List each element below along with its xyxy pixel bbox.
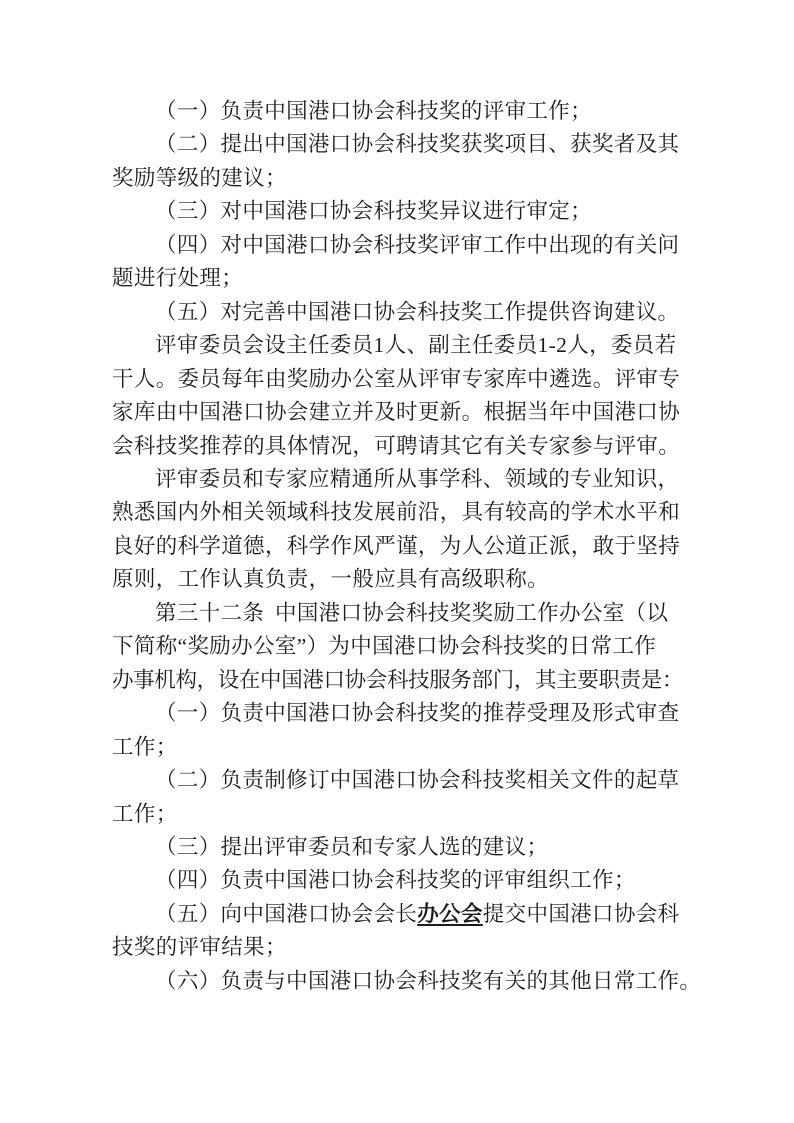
document-body: （一）负责中国港口协会科技奖的评审工作； （二）提出中国港口协会科技奖获奖项目、… — [112, 95, 684, 998]
text-line: 奖励等级的建议； — [112, 162, 684, 195]
text-line: 家库由中国港口协会建立并及时更新。根据当年中国港口协 — [112, 396, 684, 429]
text-line: 评审委员会设主任委员1人、副主任委员1-2人，委员若 — [112, 329, 684, 362]
text-line: （二）负责制修订中国港口协会科技奖相关文件的起草 — [112, 764, 684, 797]
text-line: 原则，工作认真负责，一般应具有高级职称。 — [112, 563, 684, 596]
text-line: （四）负责中国港口协会科技奖的评审组织工作； — [112, 864, 684, 897]
emphasized-term: 办公会 — [417, 902, 483, 926]
text-line: 工作； — [112, 731, 684, 764]
text-line: 下简称“奖励办公室”）为中国港口协会科技奖的日常工作 — [112, 630, 684, 663]
text-line: 技奖的评审结果； — [112, 931, 684, 964]
text-segment: 提交中国港口协会科 — [483, 902, 680, 926]
text-line: （三）对中国港口协会科技奖异议进行审定； — [112, 195, 684, 228]
text-segment: （五）向中国港口协会会长 — [155, 902, 417, 926]
text-line: 评审委员和专家应精通所从事学科、领域的专业知识， — [112, 463, 684, 496]
text-line: （一）负责中国港口协会科技奖的推荐受理及形式审查 — [112, 697, 684, 730]
text-line: （五）向中国港口协会会长办公会提交中国港口协会科 — [112, 898, 684, 931]
text-line-article-32: 第三十二条 中国港口协会科技奖奖励工作办公室（以 — [112, 597, 684, 630]
text-line: 会科技奖推荐的具体情况，可聘请其它有关专家参与评审。 — [112, 430, 684, 463]
text-line: （三）提出评审委员和专家人选的建议； — [112, 831, 684, 864]
text-line: 办事机构，设在中国港口协会科技服务部门，其主要职责是： — [112, 664, 684, 697]
text-line: 熟悉国内外相关领域科技发展前沿，具有较高的学术水平和 — [112, 496, 684, 529]
text-line: 良好的科学道德，科学作风严谨，为人公道正派，敢于坚持 — [112, 530, 684, 563]
text-line: （五）对完善中国港口协会科技奖工作提供咨询建议。 — [112, 296, 684, 329]
text-line: （一）负责中国港口协会科技奖的评审工作； — [112, 95, 684, 128]
text-line: （二）提出中国港口协会科技奖获奖项目、获奖者及其 — [112, 128, 684, 161]
text-line: 干人。委员每年由奖励办公室从评审专家库中遴选。评审专 — [112, 363, 684, 396]
text-line: 题进行处理； — [112, 262, 684, 295]
text-line: 工作； — [112, 798, 684, 831]
text-line: （四）对中国港口协会科技奖评审工作中出现的有关问 — [112, 229, 684, 262]
document-page: （一）负责中国港口协会科技奖的评审工作； （二）提出中国港口协会科技奖获奖项目、… — [0, 0, 794, 1123]
text-line: （六）负责与中国港口协会科技奖有关的其他日常工作。 — [112, 965, 684, 998]
